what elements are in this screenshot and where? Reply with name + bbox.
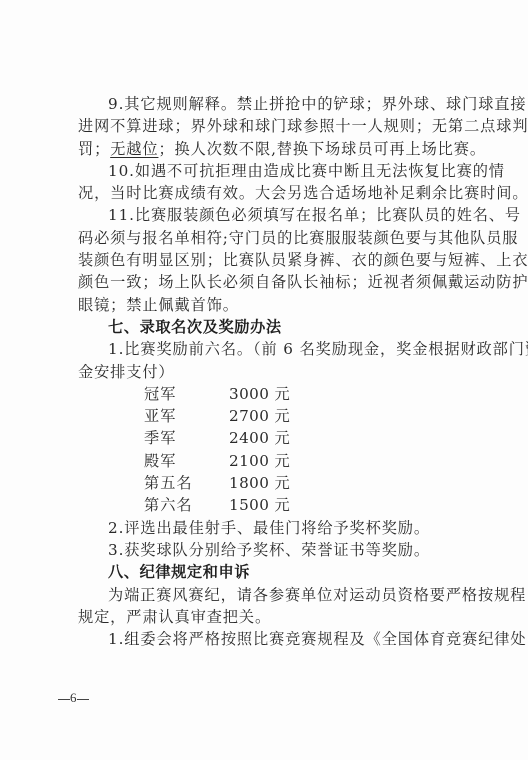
prize-amount: 1800 元 (229, 472, 290, 494)
prize-rank: 殿军 (144, 450, 229, 472)
no-offside-underlined: 无越位 (110, 140, 158, 158)
rule-11-line-2: 码必须与报名单相符;守门员的比赛服服装颜色要与其他队员服 (78, 227, 464, 249)
section-7-item-3: 3.获奖球队分别给予奖杯、荣誉证书等奖励。 (78, 539, 464, 561)
prize-amount: 2400 元 (229, 427, 290, 449)
rule-11-line-3: 装颜色有明显区别；比赛队员紧身裤、衣的颜色要与短裤、上衣 (78, 249, 464, 271)
dash-right (77, 699, 89, 700)
page-number: 6 (70, 690, 77, 705)
prize-row: 第五名 1800 元 (78, 472, 464, 494)
section-7-item-1-line-1: 1.比赛奖励前六名。（前 6 名奖励现金，奖金根据财政部门资 (78, 338, 464, 360)
section-8-intro-line-1: 为端正赛风赛纪，请各参赛单位对运动员资格要严格按规程 (78, 584, 464, 606)
prize-rank: 第五名 (144, 472, 229, 494)
prize-rank: 季军 (144, 427, 229, 449)
rule-10-line-1: 10.如遇不可抗拒理由造成比赛中断且无法恢复比赛的情 (78, 160, 464, 182)
rule-9-line-3: 罚；无越位；换人次数不限,替换下场球员可再上场比赛。 (78, 138, 464, 160)
prize-rank: 冠军 (144, 383, 229, 405)
prize-row: 亚军 2700 元 (78, 405, 464, 427)
rule-9-line-1: 9.其它规则解释。禁止拼抢中的铲球；界外球、球门球直接 (78, 93, 464, 115)
dash-left (58, 699, 70, 700)
prize-amount: 2100 元 (229, 450, 290, 472)
rule-11-line-5: 眼镜；禁止佩戴首饰。 (78, 294, 464, 316)
document-body: 9.其它规则解释。禁止拼抢中的铲球；界外球、球门球直接 进网不算进球；界外球和球… (78, 93, 464, 650)
rule-11-line-4: 颜色一致；场上队长必须自备队长袖标；近视者须佩戴运动防护 (78, 271, 464, 293)
section-7-item-2: 2.评选出最佳射手、最佳门将给予奖杯奖励。 (78, 517, 464, 539)
section-8-intro-line-2: 规定，严肃认真审查把关。 (78, 606, 464, 628)
prize-amount: 1500 元 (229, 494, 290, 516)
prize-rank: 第六名 (144, 494, 229, 516)
section-8-heading: 八、纪律规定和申诉 (78, 561, 464, 583)
rule-9-line-3-pre: 罚； (78, 140, 110, 158)
section-7-item-1-line-2: 金安排支付） (78, 361, 464, 383)
page-number-footer: 6 (58, 690, 89, 706)
prize-rank: 亚军 (144, 405, 229, 427)
prize-row: 季军 2400 元 (78, 427, 464, 449)
prize-row: 第六名 1500 元 (78, 494, 464, 516)
prize-row: 殿军 2100 元 (78, 450, 464, 472)
section-8-item-1: 1.组委会将严格按照比赛竞赛规程及《全国体育竞赛纪律处 (78, 628, 464, 650)
rule-9-line-3-post: ；换人次数不限,替换下场球员可再上场比赛。 (158, 140, 485, 158)
prize-amount: 3000 元 (229, 383, 290, 405)
prize-amount: 2700 元 (229, 405, 290, 427)
prize-row: 冠军 3000 元 (78, 383, 464, 405)
rule-10-line-2: 况，当时比赛成绩有效。大会另选合适场地补足剩余比赛时间。 (78, 182, 464, 204)
rule-9-line-2: 进网不算进球；界外球和球门球参照十一人规则；无第二点球判 (78, 115, 464, 137)
prize-table: 冠军 3000 元 亚军 2700 元 季军 2400 元 殿军 2100 元 … (78, 383, 464, 517)
rule-11-line-1: 11.比赛服装颜色必须填写在报名单；比赛队员的姓名、号 (78, 204, 464, 226)
document-page: 9.其它规则解释。禁止拼抢中的铲球；界外球、球门球直接 进网不算进球；界外球和球… (0, 0, 528, 760)
section-7-heading: 七、录取名次及奖励办法 (78, 316, 464, 338)
